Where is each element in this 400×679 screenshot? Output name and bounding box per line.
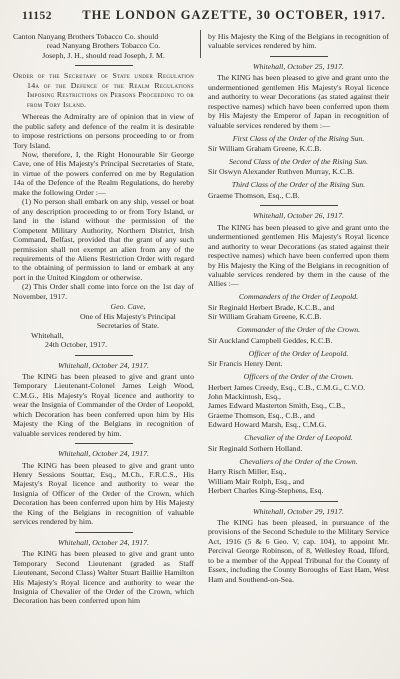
dateline-place: Whitehall, <box>13 331 194 340</box>
honour-group: Commanders of the Order of Leopold. Sir … <box>208 292 389 321</box>
honour-name: Herbert Charles King-Stephens, Esq. <box>208 486 389 495</box>
paragraph-now-therefore: Now, therefore, I, the Right Honourable … <box>13 150 194 197</box>
page-number: 11152 <box>22 10 80 22</box>
honour-group: Third Class of the Order of the Rising S… <box>208 180 389 200</box>
honour-group: Commander of the Order of the Crown. Sir… <box>208 325 389 345</box>
notice-body: The KING has been pleased to give and gr… <box>13 461 194 527</box>
notice-heading: Whitehall, October 24, 1917. <box>13 449 194 458</box>
notice-heading: Whitehall, October 24, 1917. <box>13 538 194 547</box>
honour-group: Officers of the Order of the Crown. Herb… <box>208 372 389 430</box>
honour-title: Commander of the Order of the Crown. <box>208 325 389 334</box>
honour-name: John Mackintosh, Esq., <box>208 392 389 401</box>
honour-name: Graeme Thomson, Esq., C.B., and <box>208 411 389 420</box>
left-column: Canton Nanyang Brothers Tobacco Co. shou… <box>13 32 194 677</box>
notice-heading: Whitehall, October 26, 1917. <box>208 211 389 220</box>
honour-name: Harry Risch Miller, Esq., <box>208 467 389 476</box>
column-divider-rule <box>200 30 201 58</box>
separator-rule <box>75 532 133 533</box>
masthead-title: THE LONDON GAZETTE, 30 OCTOBER, 1917. <box>80 8 388 23</box>
honour-group: First Class of the Order of the Rising S… <box>208 134 389 154</box>
honour-group: Chevalier of the Order of Leopold. Sir R… <box>208 433 389 453</box>
honour-name: Sir Reginald Herbert Brade, K.C.B., and <box>208 303 389 312</box>
honour-title: Second Class of the Order of the Rising … <box>208 157 389 166</box>
separator-rule <box>75 65 133 66</box>
continuation-paragraph: by His Majesty the King of the Belgians … <box>208 32 389 51</box>
notice-body: The KING has been pleased to give and gr… <box>13 549 194 606</box>
honour-name: Sir Reginald Sothern Holland. <box>208 444 389 453</box>
honour-name: Graeme Thomson, Esq., C.B. <box>208 191 389 200</box>
separator-rule <box>260 501 338 502</box>
separator-rule <box>75 355 133 356</box>
honour-group: Second Class of the Order of the Rising … <box>208 157 389 177</box>
signature-title-line: Secretaries of State. <box>62 321 194 330</box>
honour-group: Chevaliers of the Order of the Crown. Ha… <box>208 457 389 496</box>
honour-title: Third Class of the Order of the Rising S… <box>208 180 389 189</box>
honour-name: Sir William Graham Greene, K.C.B. <box>208 144 389 153</box>
page-header: 11152 THE LONDON GAZETTE, 30 OCTOBER, 19… <box>0 0 400 23</box>
paragraph-clause-2: (2) This Order shall come into force on … <box>13 282 194 301</box>
honour-title: Officer of the Order of Leopold. <box>208 349 389 358</box>
notice-heading: Whitehall, October 29, 1917. <box>208 507 389 516</box>
signature-name: Geo. Cave, <box>62 302 194 311</box>
separator-rule <box>270 56 328 57</box>
paragraph-whereas: Whereas the Admiralty are of opinion tha… <box>13 112 194 150</box>
notice-body: The KING has been pleased, in pursuance … <box>208 518 389 584</box>
correction-line: read Nanyang Brothers Tobacco Co. <box>13 41 194 50</box>
notice-heading: Whitehall, October 24, 1917. <box>13 361 194 370</box>
honour-name: Sir William Graham Greene, K.C.B. <box>208 312 389 321</box>
correction-notice: Canton Nanyang Brothers Tobacco Co. shou… <box>13 32 194 60</box>
honour-title: Commanders of the Order of Leopold. <box>208 292 389 301</box>
right-column: by His Majesty the King of the Belgians … <box>208 32 389 677</box>
separator-rule <box>75 443 133 444</box>
honour-title: Chevaliers of the Order of the Crown. <box>208 457 389 466</box>
order-heading: Order of the Secretary of State under Re… <box>13 71 194 109</box>
honour-title: Chevalier of the Order of Leopold. <box>208 433 389 442</box>
gazette-page: 11152 THE LONDON GAZETTE, 30 OCTOBER, 19… <box>0 0 400 679</box>
honour-name: James Edward Masterton Smith, Esq., C.B.… <box>208 401 389 410</box>
dateline-block: Whitehall, 24th October, 1917. <box>13 331 194 350</box>
correction-line: Canton Nanyang Brothers Tobacco Co. shou… <box>13 32 194 41</box>
notice-body: The KING has been pleased to give and gr… <box>208 73 389 130</box>
honour-name: Sir Auckland Campbell Geddes, K.C.B. <box>208 336 389 345</box>
honour-name: Herbert James Creedy, Esq., C.B., C.M.G.… <box>208 383 389 392</box>
honour-name: Edward Howard Marsh, Esq., C.M.G. <box>208 420 389 429</box>
notice-body: The KING has been pleased to give and gr… <box>13 372 194 438</box>
text-columns: Canton Nanyang Brothers Tobacco Co. shou… <box>0 23 400 677</box>
honour-name: William Mair Rolph, Esq., and <box>208 477 389 486</box>
notice-body: The KING has been pleased to give and gr… <box>208 223 389 289</box>
paragraph-clause-1: (1) No person shall embark on any ship, … <box>13 197 194 282</box>
honour-title: First Class of the Order of the Rising S… <box>208 134 389 143</box>
honour-name: Sir Francis Henry Dent. <box>208 359 389 368</box>
notice-heading: Whitehall, October 25, 1917. <box>208 62 389 71</box>
correction-line: Joseph, J. H., should read Joseph, J. M. <box>13 51 194 60</box>
dateline-date: 24th October, 1917. <box>13 340 194 349</box>
separator-rule <box>260 205 338 206</box>
honour-title: Officers of the Order of the Crown. <box>208 372 389 381</box>
signature-title-line: One of His Majesty's Principal <box>62 312 194 321</box>
signature-block: Geo. Cave, One of His Majesty's Principa… <box>13 302 194 330</box>
honour-name: Sir Oswyn Alexander Ruthven Murray, K.C.… <box>208 167 389 176</box>
honour-group: Officer of the Order of Leopold. Sir Fra… <box>208 349 389 369</box>
